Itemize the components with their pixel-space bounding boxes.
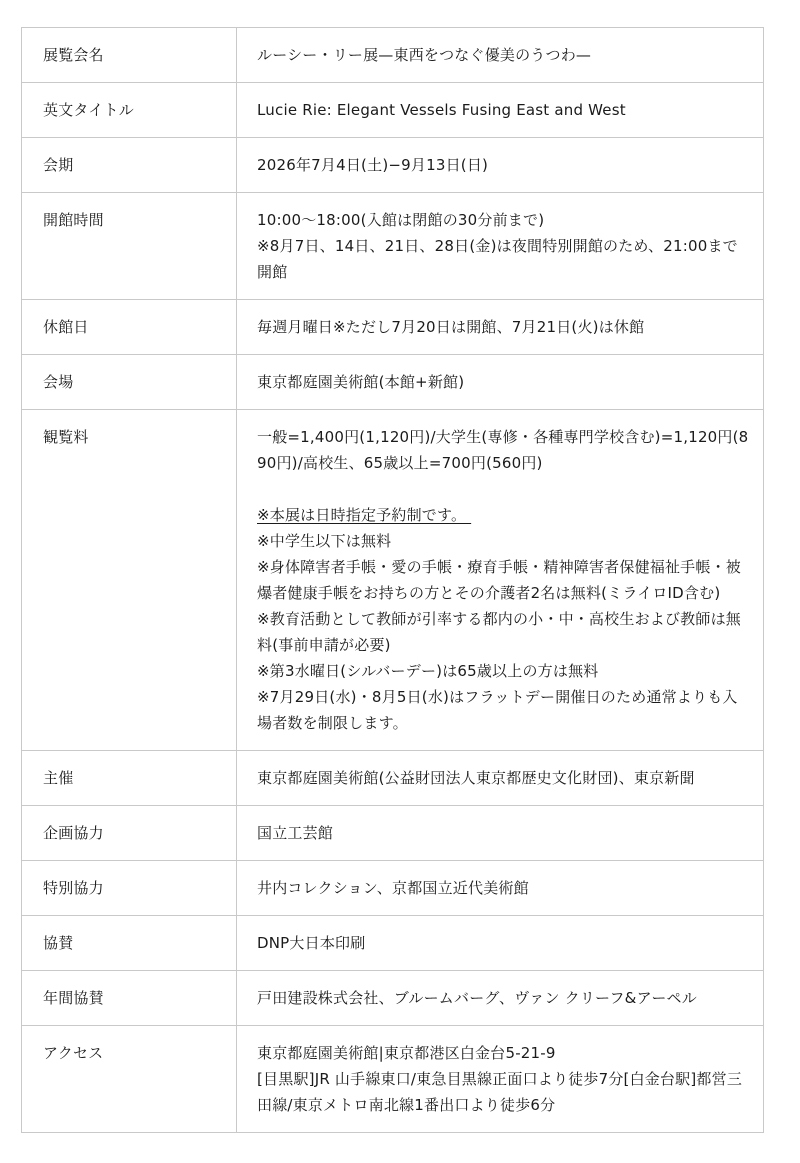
- value-line: DNP大日本印刷: [257, 930, 751, 956]
- table-row-closed-days: 休館日 毎週月曜日※ただし7月20日は開館、7月21日(火)は休館: [22, 300, 764, 355]
- row-value: 東京都庭園美術館(本館+新館): [237, 355, 764, 410]
- value-line: ※中学生以下は無料: [257, 528, 751, 554]
- exhibition-info-table: 展覧会名 ルーシー・リー展—東西をつなぐ優美のうつわ— 英文タイトル Lucie…: [21, 27, 764, 1133]
- value-line: [257, 476, 751, 502]
- row-value: 東京都庭園美術館|東京都港区白金台5-21-9[目黒駅]JR 山手線東口/東急目…: [237, 1026, 764, 1133]
- value-line: 一般=1,400円(1,120円)/大学生(専修・各種専門学校含む)=1,120…: [257, 424, 751, 476]
- value-line: Lucie Rie: Elegant Vessels Fusing East a…: [257, 97, 751, 123]
- table-row-access: アクセス 東京都庭園美術館|東京都港区白金台5-21-9[目黒駅]JR 山手線東…: [22, 1026, 764, 1133]
- row-label: 協賛: [22, 916, 237, 971]
- value-line: 国立工芸館: [257, 820, 751, 846]
- row-label: 休館日: [22, 300, 237, 355]
- table-row-sponsor: 協賛 DNP大日本印刷: [22, 916, 764, 971]
- value-line: ルーシー・リー展—東西をつなぐ優美のうつわ—: [257, 42, 751, 68]
- value-line: 戸田建設株式会社、ブルームバーグ、ヴァン クリーフ&アーペル: [257, 985, 751, 1011]
- row-label: 会期: [22, 138, 237, 193]
- table-row-organizers: 主催 東京都庭園美術館(公益財団法人東京都歴史文化財団)、東京新聞: [22, 751, 764, 806]
- row-label: 会場: [22, 355, 237, 410]
- value-line: 毎週月曜日※ただし7月20日は開館、7月21日(火)は休館: [257, 314, 751, 340]
- row-label: 英文タイトル: [22, 83, 237, 138]
- row-label: 年間協賛: [22, 971, 237, 1026]
- row-value: ルーシー・リー展—東西をつなぐ優美のうつわ—: [237, 28, 764, 83]
- value-line: 東京都庭園美術館(本館+新館): [257, 369, 751, 395]
- row-value: 井内コレクション、京都国立近代美術館: [237, 861, 764, 916]
- row-value: 一般=1,400円(1,120円)/大学生(専修・各種専門学校含む)=1,120…: [237, 410, 764, 751]
- value-line: [目黒駅]JR 山手線東口/東急目黒線正面口より徒歩7分[白金台駅]都営三田線/…: [257, 1066, 751, 1118]
- value-line: ※身体障害者手帳・愛の手帳・療育手帳・精神障害者保健福祉手帳・被爆者健康手帳をお…: [257, 554, 751, 606]
- row-label: 企画協力: [22, 806, 237, 861]
- row-value: 毎週月曜日※ただし7月20日は開館、7月21日(火)は休館: [237, 300, 764, 355]
- table-row-venue: 会場 東京都庭園美術館(本館+新館): [22, 355, 764, 410]
- table-body: 展覧会名 ルーシー・リー展—東西をつなぐ優美のうつわ— 英文タイトル Lucie…: [22, 28, 764, 1133]
- table-row-english-title: 英文タイトル Lucie Rie: Elegant Vessels Fusing…: [22, 83, 764, 138]
- row-value: Lucie Rie: Elegant Vessels Fusing East a…: [237, 83, 764, 138]
- row-value: 東京都庭園美術館(公益財団法人東京都歴史文化財団)、東京新聞: [237, 751, 764, 806]
- table-row-exhibition-name: 展覧会名 ルーシー・リー展—東西をつなぐ優美のうつわ—: [22, 28, 764, 83]
- row-value: 国立工芸館: [237, 806, 764, 861]
- row-label: 観覧料: [22, 410, 237, 751]
- value-line: ※教育活動として教師が引率する都内の小・中・高校生および教師は無料(事前申請が必…: [257, 606, 751, 658]
- table-row-opening-hours: 開館時間 10:00〜18:00(入館は閉館の30分前まで)※8月7日、14日、…: [22, 193, 764, 300]
- row-label: 特別協力: [22, 861, 237, 916]
- table-row-planning-cooperation: 企画協力 国立工芸館: [22, 806, 764, 861]
- row-label: 開館時間: [22, 193, 237, 300]
- exhibition-info-page: 展覧会名 ルーシー・リー展—東西をつなぐ優美のうつわ— 英文タイトル Lucie…: [0, 0, 800, 1163]
- underlined-text: ※本展は日時指定予約制です。: [257, 506, 471, 524]
- row-label: アクセス: [22, 1026, 237, 1133]
- table-row-admission: 観覧料 一般=1,400円(1,120円)/大学生(専修・各種専門学校含む)=1…: [22, 410, 764, 751]
- table-row-annual-sponsors: 年間協賛 戸田建設株式会社、ブルームバーグ、ヴァン クリーフ&アーペル: [22, 971, 764, 1026]
- table-row-special-cooperation: 特別協力 井内コレクション、京都国立近代美術館: [22, 861, 764, 916]
- value-line: ※8月7日、14日、21日、28日(金)は夜間特別開館のため、21:00まで開館: [257, 233, 751, 285]
- row-label: 展覧会名: [22, 28, 237, 83]
- value-line: ※7月29日(水)・8月5日(水)はフラットデー開催日のため通常よりも入場者数を…: [257, 684, 751, 736]
- value-line: ※第3水曜日(シルバーデー)は65歳以上の方は無料: [257, 658, 751, 684]
- value-line: 10:00〜18:00(入館は閉館の30分前まで): [257, 207, 751, 233]
- value-line: 東京都庭園美術館|東京都港区白金台5-21-9: [257, 1040, 751, 1066]
- row-label: 主催: [22, 751, 237, 806]
- row-value: 10:00〜18:00(入館は閉館の30分前まで)※8月7日、14日、21日、2…: [237, 193, 764, 300]
- value-line: ※本展は日時指定予約制です。: [257, 502, 751, 528]
- row-value: 戸田建設株式会社、ブルームバーグ、ヴァン クリーフ&アーペル: [237, 971, 764, 1026]
- value-line: 井内コレクション、京都国立近代美術館: [257, 875, 751, 901]
- table-row-dates: 会期 2026年7月4日(土)−9月13日(日): [22, 138, 764, 193]
- row-value: DNP大日本印刷: [237, 916, 764, 971]
- row-value: 2026年7月4日(土)−9月13日(日): [237, 138, 764, 193]
- value-line: 2026年7月4日(土)−9月13日(日): [257, 152, 751, 178]
- value-line: 東京都庭園美術館(公益財団法人東京都歴史文化財団)、東京新聞: [257, 765, 751, 791]
